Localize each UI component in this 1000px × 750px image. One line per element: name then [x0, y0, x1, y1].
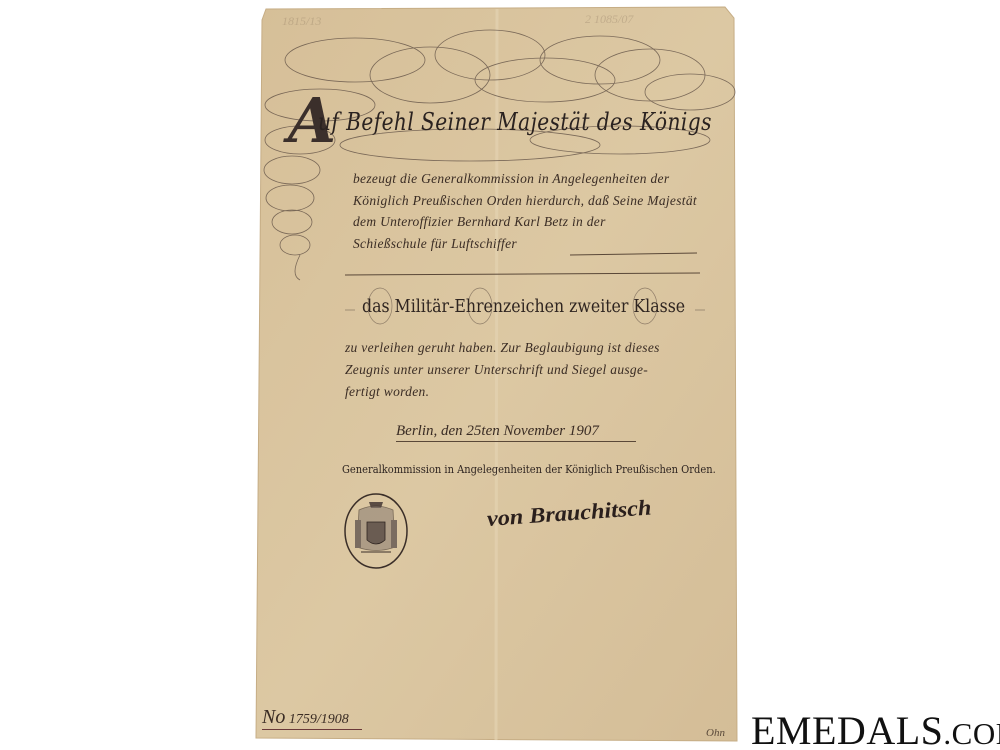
- place-date: Berlin, den 25ten November 1907: [396, 423, 599, 440]
- body-line-2: Königlich Preußischen Orden hierdurch, d…: [353, 193, 697, 209]
- closing-line-2: Zeugnis unter unserer Unterschrift und S…: [345, 362, 648, 378]
- award-title: das Militär-Ehrenzeichen zweiter Klasse: [362, 297, 685, 317]
- watermark-suffix: .COM: [943, 716, 1000, 750]
- royal-seal-icon: [343, 492, 409, 570]
- header-title: uf Befehl Seiner Majestät des Königs: [318, 108, 654, 136]
- faint-pencil-note-left: 1815/13: [282, 14, 321, 29]
- number-value: 1759/1908: [289, 712, 349, 727]
- clerk-initials: Ohn: [706, 727, 725, 739]
- number-underline: [262, 729, 362, 730]
- closing-line-1: zu verleihen geruht haben. Zur Beglaubig…: [345, 340, 660, 356]
- number-prefix: No: [262, 706, 285, 728]
- emedals-watermark: EMEDALS.COM: [751, 707, 1000, 750]
- watermark-main: EMEDALS: [751, 708, 943, 750]
- issuing-authority: Generalkommission in Angelegenheiten der…: [342, 462, 716, 476]
- body-line-1: bezeugt die Generalkommission in Angeleg…: [353, 171, 669, 187]
- faint-pencil-note-right: 2 1085/07: [585, 12, 633, 27]
- certificate-image: 1815/13 2 1085/07 A uf Befehl Seiner Maj…: [0, 0, 1000, 750]
- body-line-3: dem Unteroffizier Bernhard Karl Betz in …: [353, 214, 606, 230]
- body-line-4: Schießschule für Luftschiffer: [353, 236, 517, 252]
- document-number: No 1759/1908: [262, 706, 349, 729]
- closing-line-3: fertigt worden.: [345, 384, 429, 400]
- date-underline: [396, 441, 636, 442]
